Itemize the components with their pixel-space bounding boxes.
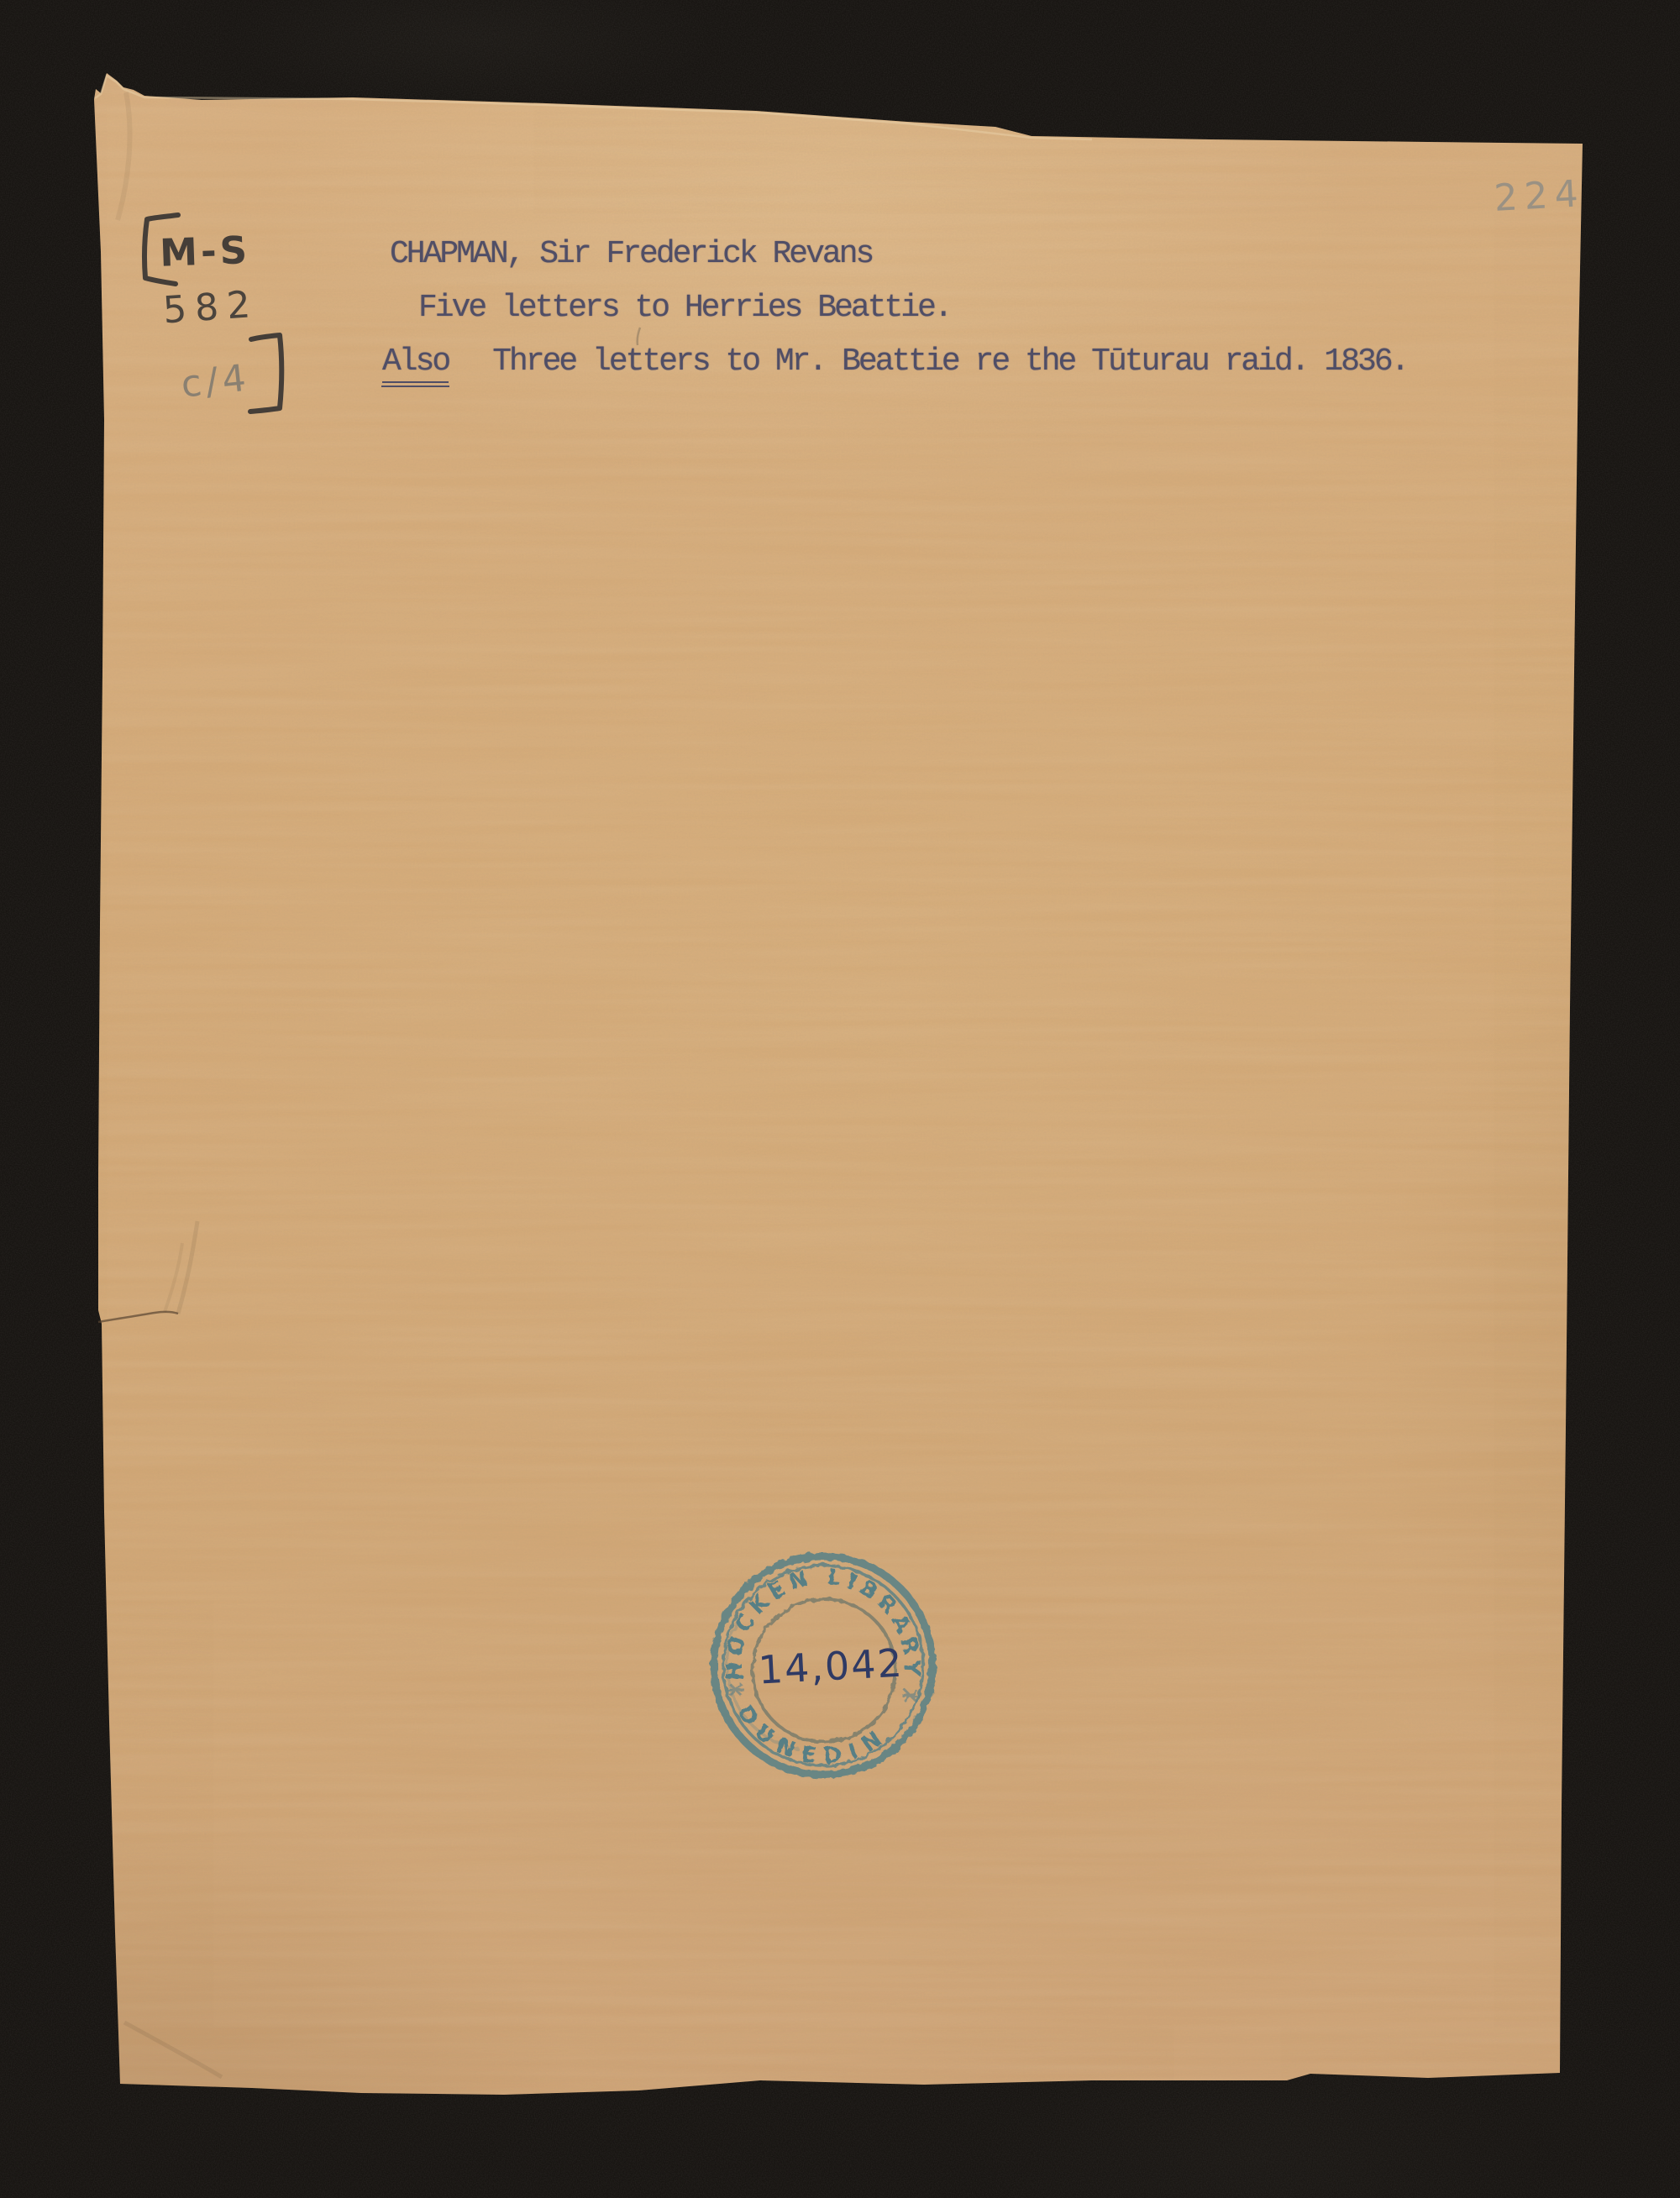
- paper-crease-mark: [178, 1221, 197, 1314]
- stamp-separator-star-icon: [727, 1684, 744, 1696]
- torn-edge-highlight: [95, 76, 1092, 139]
- annotation-layer: M-S 582 c/4 224 HOCKEN LIBRARY DUNEDIN 1…: [0, 0, 1680, 2198]
- shelf-mark-item: c/4: [179, 356, 252, 406]
- stamp-accession-number: 14,042: [757, 1640, 905, 1693]
- shelf-mark: M-S 582 c/4: [144, 215, 281, 412]
- paper-tear-mark: [98, 1312, 178, 1322]
- page-number: 224: [1493, 172, 1586, 220]
- shelf-mark-number: 582: [161, 283, 260, 333]
- stamp-separator-star-icon: [902, 1690, 919, 1702]
- stray-pencil-tick: [638, 328, 640, 345]
- paper-crease-mark: [118, 92, 130, 220]
- bracket-close-mark: [250, 335, 281, 412]
- paper-crease-mark: [124, 2022, 222, 2077]
- shelf-mark-prefix: M-S: [159, 228, 251, 275]
